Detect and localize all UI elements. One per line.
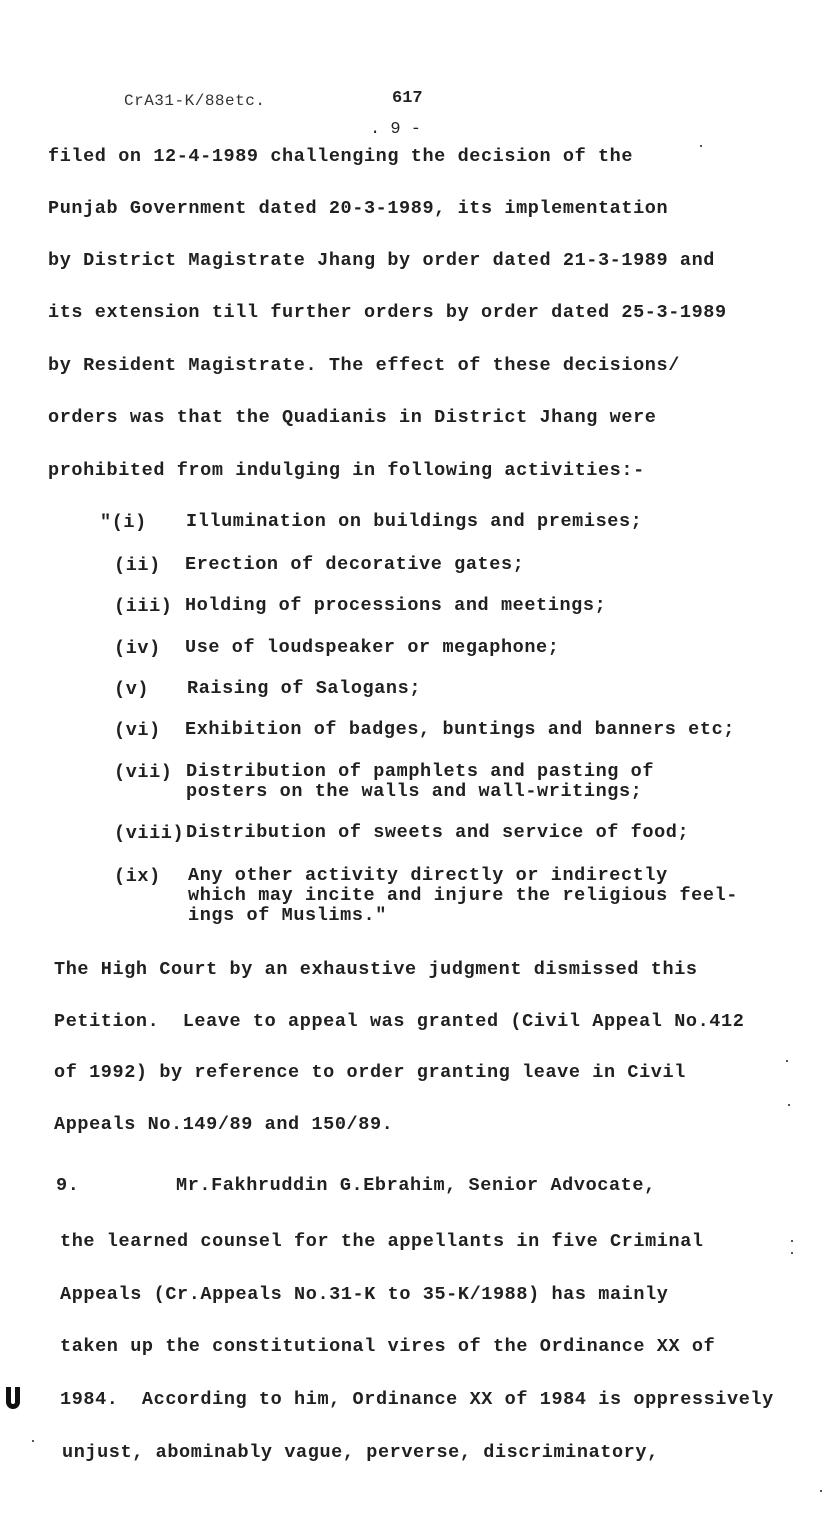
case-reference: CrA31-K/88etc.	[124, 92, 265, 110]
list-item-number: (vii)	[114, 762, 173, 783]
paragraph-9-line: the learned counsel for the appellants i…	[60, 1231, 704, 1252]
paragraph-number: 9.	[56, 1175, 79, 1196]
list-item-text: Erection of decorative gates;	[185, 555, 524, 575]
list-item-text: ings of Muslims."	[188, 906, 387, 926]
high-court-line: The High Court by an exhaustive judgment…	[54, 959, 698, 980]
paragraph-9-line: Mr.Fakhruddin G.Ebrahim, Senior Advocate…	[176, 1175, 656, 1196]
list-item-number: (iv)	[114, 638, 161, 659]
document-page: CrA31-K/88etc. 617 . 9 - filed on 12-4-1…	[0, 0, 840, 1540]
intro-line: by Resident Magistrate. The effect of th…	[48, 355, 680, 376]
paragraph-9-line: unjust, abominably vague, perverse, disc…	[62, 1442, 659, 1463]
list-item-text: Holding of processions and meetings;	[185, 596, 606, 616]
scan-speck	[791, 1240, 793, 1242]
list-item-text: which may incite and injure the religiou…	[188, 886, 738, 906]
intro-line: filed on 12-4-1989 challenging the decis…	[48, 146, 633, 167]
intro-line: Punjab Government dated 20-3-1989, its i…	[48, 198, 668, 219]
list-item-number: (ii)	[114, 555, 161, 576]
scan-speck	[786, 1060, 788, 1062]
list-item-number: (ix)	[114, 866, 161, 887]
list-item-number: (vi)	[114, 720, 161, 741]
scan-speck	[32, 1440, 34, 1442]
list-item-text: Distribution of pamphlets and pasting of	[186, 762, 654, 782]
scan-speck	[700, 145, 702, 147]
high-court-line: Petition. Leave to appeal was granted (C…	[54, 1011, 744, 1032]
list-item-text: Distribution of sweets and service of fo…	[186, 823, 689, 843]
list-item-text: posters on the walls and wall-writings;	[186, 782, 642, 802]
list-item-text: Raising of Salogans;	[187, 679, 421, 699]
intro-line: by District Magistrate Jhang by order da…	[48, 250, 715, 271]
list-item-number: (iii)	[114, 596, 173, 617]
scan-speck	[791, 1252, 793, 1254]
folio-number: 617	[392, 89, 423, 108]
scan-speck	[820, 1490, 822, 1492]
page-marker: . 9 -	[370, 120, 421, 139]
intro-line: orders was that the Quadianis in Distric…	[48, 407, 657, 428]
intro-line: its extension till further orders by ord…	[48, 302, 727, 323]
list-item-number: "(i)	[100, 512, 147, 533]
list-item-number: (v)	[114, 679, 149, 700]
paragraph-9-line: 1984. According to him, Ordinance XX of …	[60, 1389, 774, 1410]
paragraph-9-line: taken up the constitutional vires of the…	[60, 1336, 715, 1357]
list-item-text: Use of loudspeaker or megaphone;	[185, 638, 559, 658]
high-court-line: Appeals No.149/89 and 150/89.	[54, 1114, 393, 1135]
list-item-number: (viii)	[114, 823, 184, 844]
list-item-text: Illumination on buildings and premises;	[186, 512, 642, 532]
intro-line: prohibited from indulging in following a…	[48, 460, 645, 481]
paragraph-9-line: Appeals (Cr.Appeals No.31-K to 35-K/1988…	[60, 1284, 669, 1305]
list-item-text: Any other activity directly or indirectl…	[188, 866, 668, 886]
high-court-line: of 1992) by reference to order granting …	[54, 1062, 686, 1083]
scan-speck	[788, 1104, 790, 1106]
margin-bracket-mark	[6, 1387, 20, 1409]
list-item-text: Exhibition of badges, buntings and banne…	[185, 720, 735, 740]
